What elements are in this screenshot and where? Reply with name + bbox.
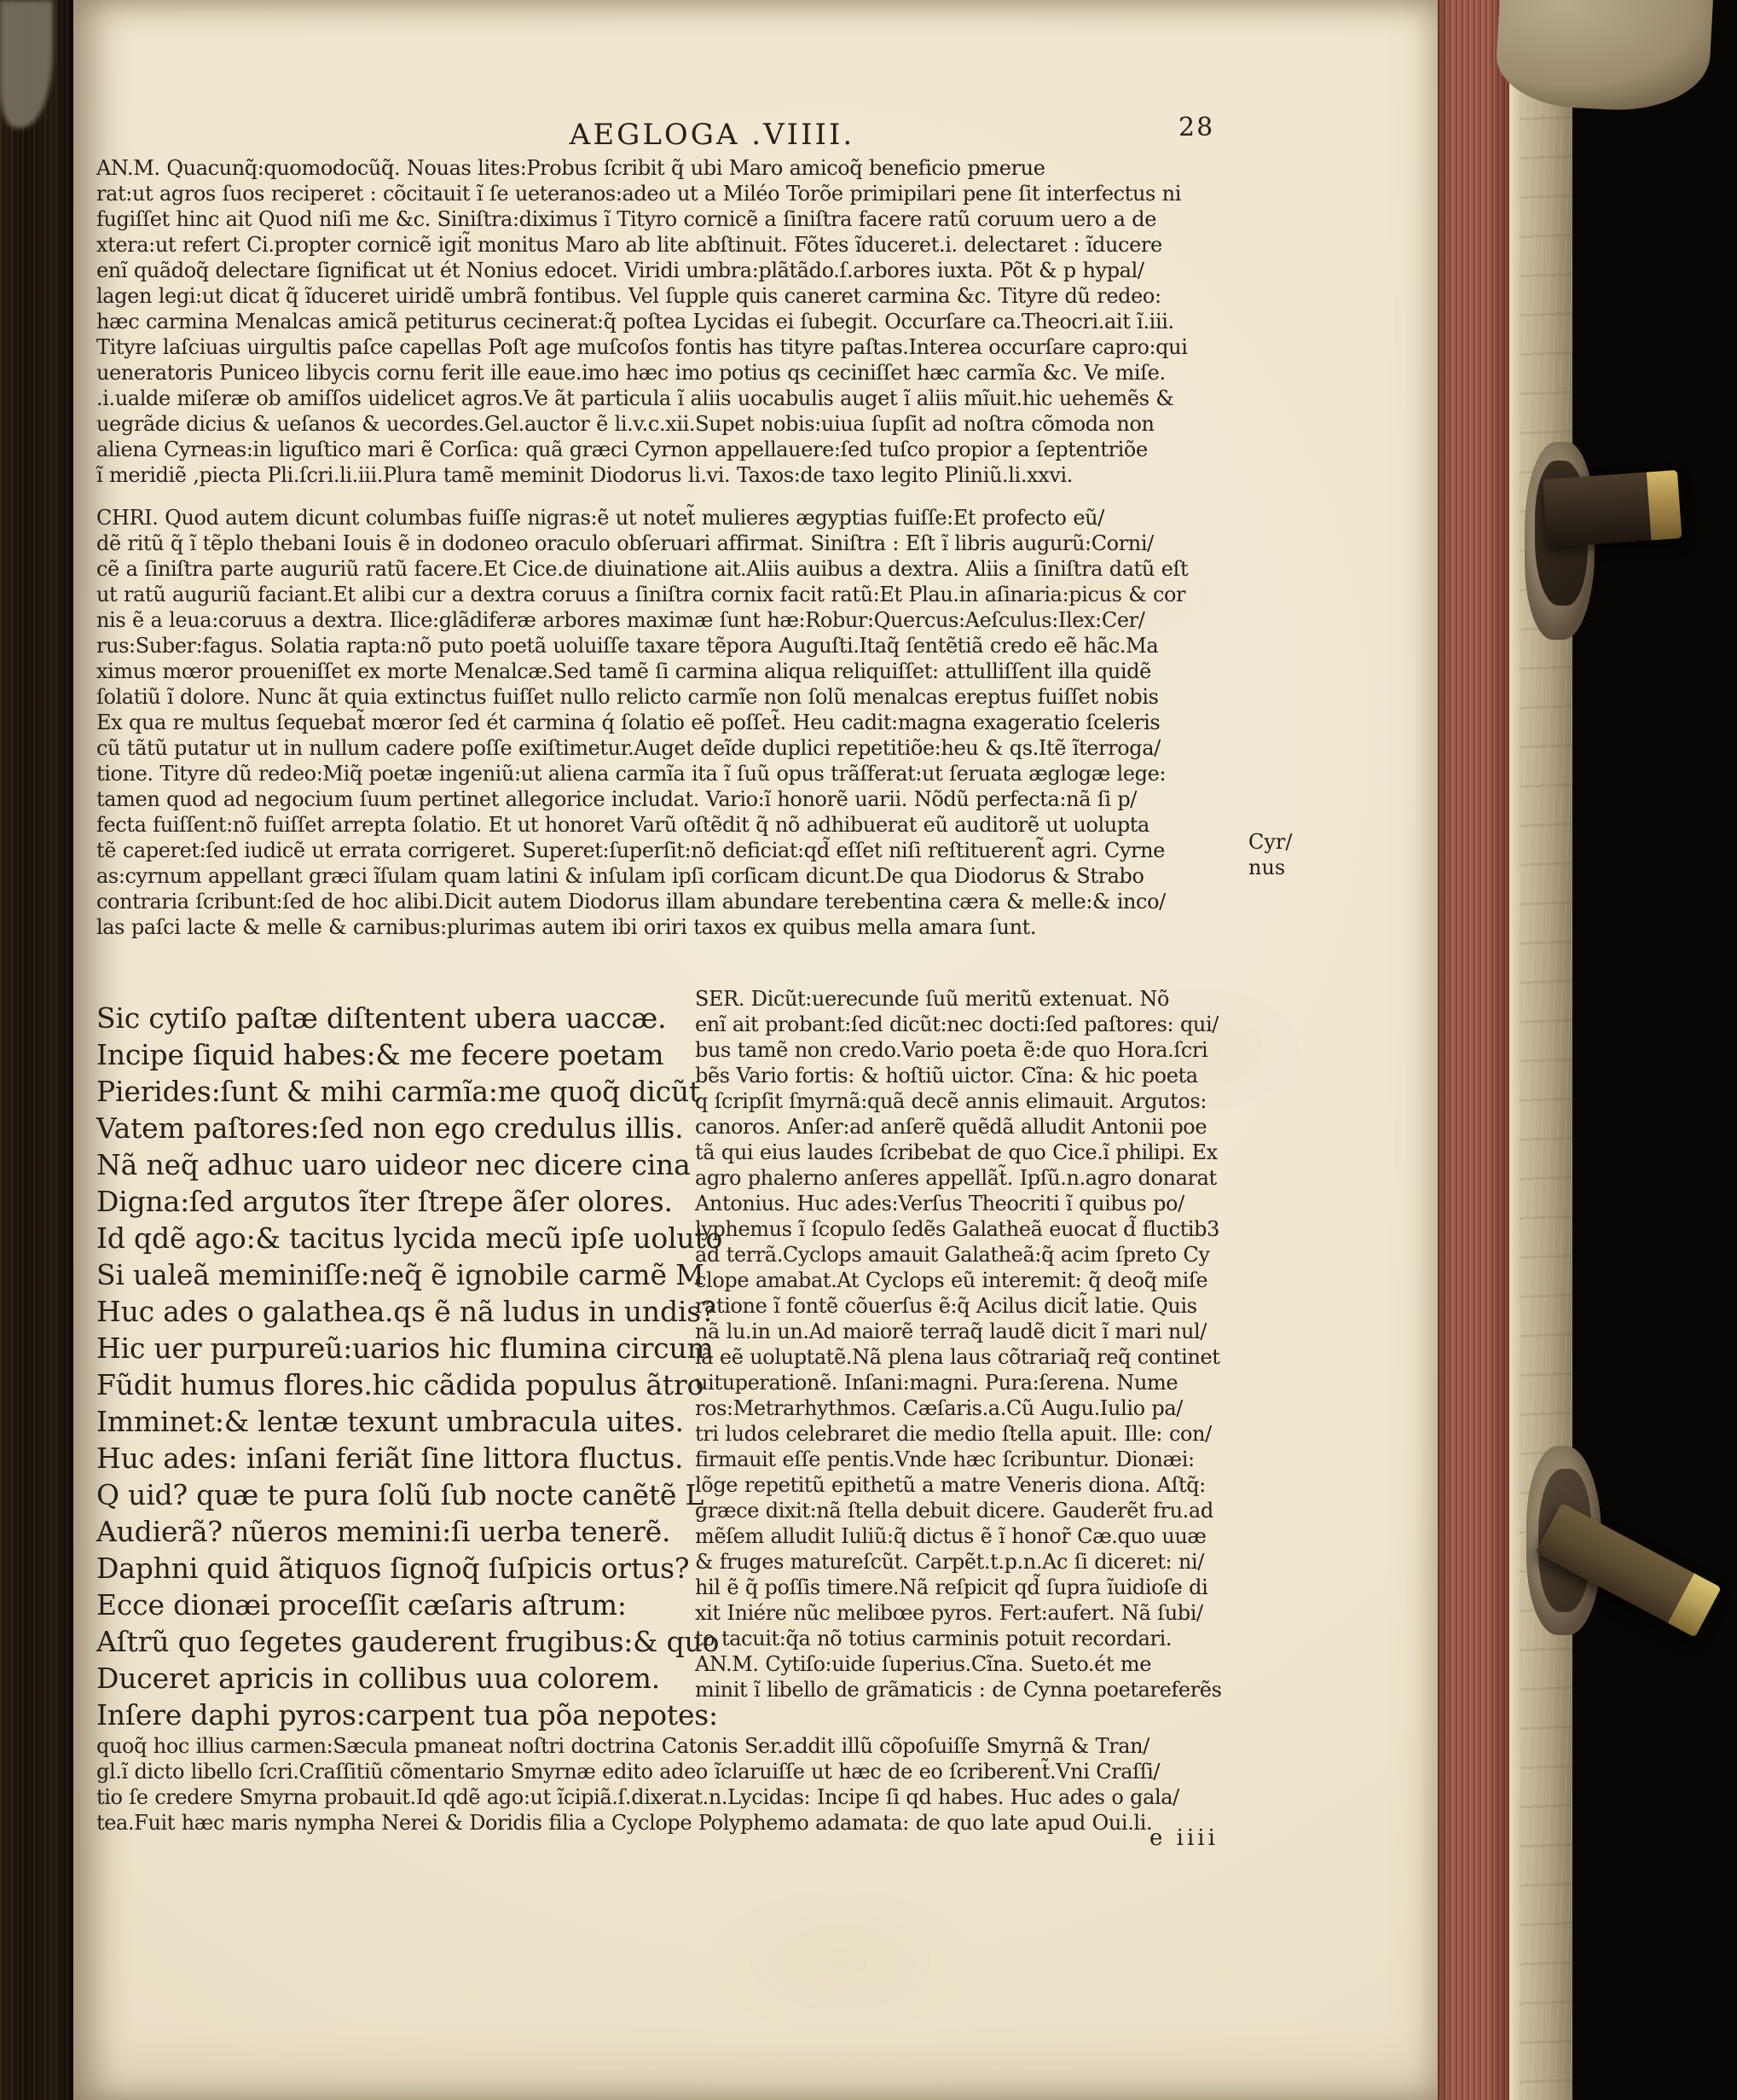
text-line: cũ tãtũ putatur ut in nullum cadere poſſ… [96, 735, 1290, 761]
brass-tip-lower [1668, 1573, 1722, 1637]
commentary-block-anm: AN.M. Quacunq̃:quomodocũq̃. Nouas lites:… [96, 155, 1290, 488]
margin-note-line: Cyr/ [1248, 829, 1292, 855]
text-line: gl.ĩ dicto libello ſcri.Craſſitiũ cõment… [96, 1759, 1299, 1784]
text-line: lõge repetitũ epithetũ a matre Veneris d… [695, 1472, 1283, 1498]
verse-line: Si ualeã meminiſſe:neq̃ ẽ ignobile carmẽ… [96, 1256, 693, 1293]
text-line: tamen quod ad negocium ſuum pertinet all… [96, 786, 1290, 812]
text-line: xit Iniére nũc melibœe pyros. Fert:aufer… [695, 1600, 1283, 1626]
text-line: tione. Tityre dũ redeo:Miq̃ poetæ ingeni… [96, 761, 1290, 786]
text-line: to tacuit:q̃a nõ totius carminis potuit … [695, 1626, 1283, 1651]
commentary-column-ser: SER. Dicũt:uerecunde ſuũ meritũ extenuat… [695, 986, 1283, 1703]
verse-line: Digna:ſed argutos ĩter ſtrepe ãſer olore… [96, 1183, 693, 1220]
text-line: bẽs Vario fortis: & hoſtiũ uictor. Cĩna:… [695, 1063, 1283, 1088]
verse-line: Huc ades o galathea.qs ẽ nã ludus in und… [96, 1293, 693, 1330]
text-line: las paſci lacte & melle & carnibus:pluri… [96, 914, 1290, 940]
text-line: agro phalerno anſeres appellãt̃. Ipſũ.n.… [695, 1165, 1283, 1191]
text-line: nã lu.in un.Ad maiorẽ terraq̃ laudẽ dici… [695, 1319, 1283, 1344]
verse-line: Duceret apricis in collibus uua colorem. [96, 1660, 693, 1697]
text-line: Tityre laſciuas uirgultis paſce capellas… [96, 334, 1290, 360]
text-line: rat:ut agros ſuos reciperet : cõcitauit … [96, 181, 1290, 206]
verse-line: Imminet:& lentæ texunt umbracula uites. [96, 1403, 693, 1440]
text-line: firmauit eſſe pentis.Vnde hæc ſcribuntur… [695, 1447, 1283, 1472]
photo-scene: AEGLOGA .VIIII. 28 AN.M. Quacunq̃:quomod… [0, 0, 1737, 2100]
text-line: hil ẽ q̃ poſſis timere.Nã reſpicit qd̃ ſ… [695, 1575, 1283, 1600]
text-line: dẽ ritũ q̃ ĩ tẽplo thebani Iouis ẽ in do… [96, 531, 1290, 556]
book-left-page-stack [0, 0, 75, 2100]
book-fore-edge-red [1438, 0, 1509, 2100]
text-line: hæc carmina Menalcas amicã petiturus cec… [96, 309, 1290, 334]
text-line: ximus mœror proueniſſet ex morte Menalcæ… [96, 658, 1290, 684]
text-line: ros:Metrarhythmos. Cæſaris.a.Cũ Augu.Iul… [695, 1395, 1283, 1421]
text-line: q ſcripſit ſmyrnã:quã decẽ annis elimaui… [695, 1088, 1283, 1114]
margin-note-line: nus [1248, 855, 1292, 880]
text-line: ueneratoris Puniceo libycis cornu ferit … [96, 360, 1290, 386]
text-line: tio ſe credere Smyrna probauit.Id qdẽ ag… [96, 1784, 1299, 1810]
page-edge-sliver [1509, 0, 1520, 2100]
text-line: lã eẽ uoluptatẽ.Nã plena laus cõtrariaq̃… [695, 1344, 1283, 1370]
verse-line: Nã neq̃ adhuc uaro uideor nec dicere cin… [96, 1146, 693, 1183]
verse-line: Ecce dionæi proceſſit cæſaris aſtrum: [96, 1587, 693, 1623]
text-line: ſolatiũ ĩ dolore. Nunc ãt quia extinctus… [96, 684, 1290, 710]
verse-line: Q uid? quæ te pura ſolũ ſub nocte canẽtẽ… [96, 1476, 693, 1513]
text-line: tã qui eius laudes ſcribebat de quo Cice… [695, 1140, 1283, 1165]
verse-line: Fũdit humus flores.hic cãdida populus ãt… [96, 1366, 693, 1403]
verse-line: Aſtrũ quo ſegetes gauderent frugibus:& q… [96, 1623, 693, 1660]
verse-column: Sic cytiſo paſtæ diſtentent ubera uaccæ.… [96, 1000, 693, 1733]
verse-line: Sic cytiſo paſtæ diſtentent ubera uaccæ. [96, 1000, 693, 1036]
text-line: ad terrã.Cyclops amauit Galatheã:q̃ acim… [695, 1242, 1283, 1268]
text-line: SER. Dicũt:uerecunde ſuũ meritũ extenuat… [695, 986, 1283, 1012]
vellum-creases [1520, 0, 1572, 2100]
text-line: mẽſem alludit Iuliũ:q̃ dictus ẽ ĩ honor̃… [695, 1523, 1283, 1549]
brass-tip-upper [1647, 470, 1682, 540]
text-line: tri ludos celebraret die medio ſtella ap… [695, 1421, 1283, 1447]
verse-line: Audierã? nũeros memini:ſi uerba tenerẽ. [96, 1513, 693, 1550]
verse-line: Pierides:ſunt & mihi carmĩa:me quoq̃ dic… [96, 1073, 693, 1110]
text-line: lagen legi:ut dicat q̃ ĩduceret uiridẽ u… [96, 283, 1290, 309]
clasp-strap-upper [1543, 470, 1682, 548]
text-line: canoros. Anſer:ad anſerẽ quẽdã alludit A… [695, 1114, 1283, 1140]
text-line: uegrãde dicius & ueſanos & uecordes.Gel.… [96, 411, 1290, 437]
text-line: uituperationẽ. Inſani:magni. Pura:ſerena… [695, 1370, 1283, 1395]
verse-line: Hic uer purpureũ:uarios hic flumina circ… [96, 1330, 693, 1366]
text-line: & fruges matureſcũt. Carpẽt.t.p.n.Ac ſi … [695, 1549, 1283, 1575]
text-line: tẽ caperet:ſed iudicẽ ut errata corriger… [96, 838, 1290, 863]
text-line: Antonius. Huc ades:Verſus Theocriti ĩ qu… [695, 1191, 1283, 1216]
text-line: contraria ſcribunt:ſed de hoc alibi.Dici… [96, 889, 1290, 914]
fore-edge-shading [1438, 0, 1509, 2100]
text-line: rus:Suber:fagus. Solatia rapta:nõ puto p… [96, 633, 1290, 658]
book-page: AEGLOGA .VIIII. 28 AN.M. Quacunq̃:quomod… [73, 0, 1438, 2100]
binding-vellum-edge [1520, 0, 1572, 2100]
text-line: AN.M. Quacunq̃:quomodocũq̃. Nouas lites:… [96, 155, 1290, 181]
text-line: aliena Cyrneas:in liguſtico mari ẽ Corſi… [96, 437, 1290, 462]
text-line: xtera:ut refert Ci.propter cornicẽ igit̃… [96, 232, 1290, 258]
text-line: ratione ĩ fontẽ cõuerſus ẽ:q̃ Acilus dic… [695, 1293, 1283, 1319]
commentary-block-chri: CHRI. Quod autem dicunt columbas fuiſſe … [96, 505, 1290, 940]
text-line: fugiſſet hinc ait Quod niſi me &c. Siniſ… [96, 206, 1290, 232]
text-line: ut ratũ auguriũ faciant.Et alibi cur a d… [96, 582, 1290, 607]
running-title: AEGLOGA .VIIII. [559, 118, 866, 152]
text-line: Ex qua re multus ſequebat̃ mœror ſed ét … [96, 710, 1290, 735]
text-line: ĩ meridiẽ ,piecta Pli.ſcri.li.iii.Plura … [96, 462, 1290, 488]
text-line: as:cyrnum appellant græci ĩſulam quam la… [96, 863, 1290, 889]
page-stack-texture [0, 0, 75, 2100]
text-line: bus tamẽ non credo.Vario poeta ẽ:de quo … [695, 1037, 1283, 1063]
text-line: clope amabat.At Cyclops eũ interemit: q̃… [695, 1268, 1283, 1293]
text-line: CHRI. Quod autem dicunt columbas fuiſſe … [96, 505, 1290, 531]
text-line: cẽ a ſiniſtra parte auguriũ ratũ facere.… [96, 556, 1290, 582]
folio-number: 28 [1178, 113, 1214, 142]
text-line: AN.M. Cytiſo:uide ſuperius.Cĩna. Sueto.é… [695, 1651, 1283, 1677]
verse-line: Id qdẽ ago:& tacitus lycida mecũ ipſe uo… [96, 1220, 693, 1256]
text-line: .i.ualde miſeræ ob amiſſos uidelicet agr… [96, 386, 1290, 411]
verse-line: Vatem paſtores:ſed non ego credulus illi… [96, 1110, 693, 1146]
text-line: nis ẽ a leua:coruus a dextra. Ilice:glãd… [96, 607, 1290, 633]
text-line: minit ĩ libello de grãmaticis : de Cynna… [695, 1677, 1283, 1703]
quire-signature: e iiii [1149, 1825, 1219, 1851]
text-line: tea.Fuit hæc maris nympha Nerei & Doridi… [96, 1810, 1299, 1836]
commentary-block-bottom: quoq̃ hoc illius carmen:Sæcula pmaneat n… [96, 1733, 1299, 1836]
text-line: enĩ quãdoq̃ delectare ſignificat ut ét N… [96, 258, 1290, 283]
verse-line: Inſere daphi pyros:carpent tua põa nepot… [96, 1697, 693, 1733]
margin-note-cyrnus: Cyr/nus [1248, 829, 1292, 880]
verse-line: Daphni quid ãtiquos ſignoq̃ ſuſpicis ort… [96, 1550, 693, 1587]
text-line: fecta fuiſſent:nõ fuiſſet arrepta ſolati… [96, 812, 1290, 838]
verse-line: Incipe ſiquid habes:& me fecere poetam [96, 1036, 693, 1073]
text-line: lyphemus ĩ ſcopulo ſedẽs Galatheã euocat… [695, 1216, 1283, 1242]
verse-line: Huc ades: inſani feriãt ſine littora flu… [96, 1440, 693, 1476]
text-line: enĩ ait probant:ſed dicũt:nec docti:ſed … [695, 1012, 1283, 1037]
text-line: quoq̃ hoc illius carmen:Sæcula pmaneat n… [96, 1733, 1299, 1759]
text-line: græce dixit:nã ſtella debuit dicere. Gau… [695, 1498, 1283, 1523]
